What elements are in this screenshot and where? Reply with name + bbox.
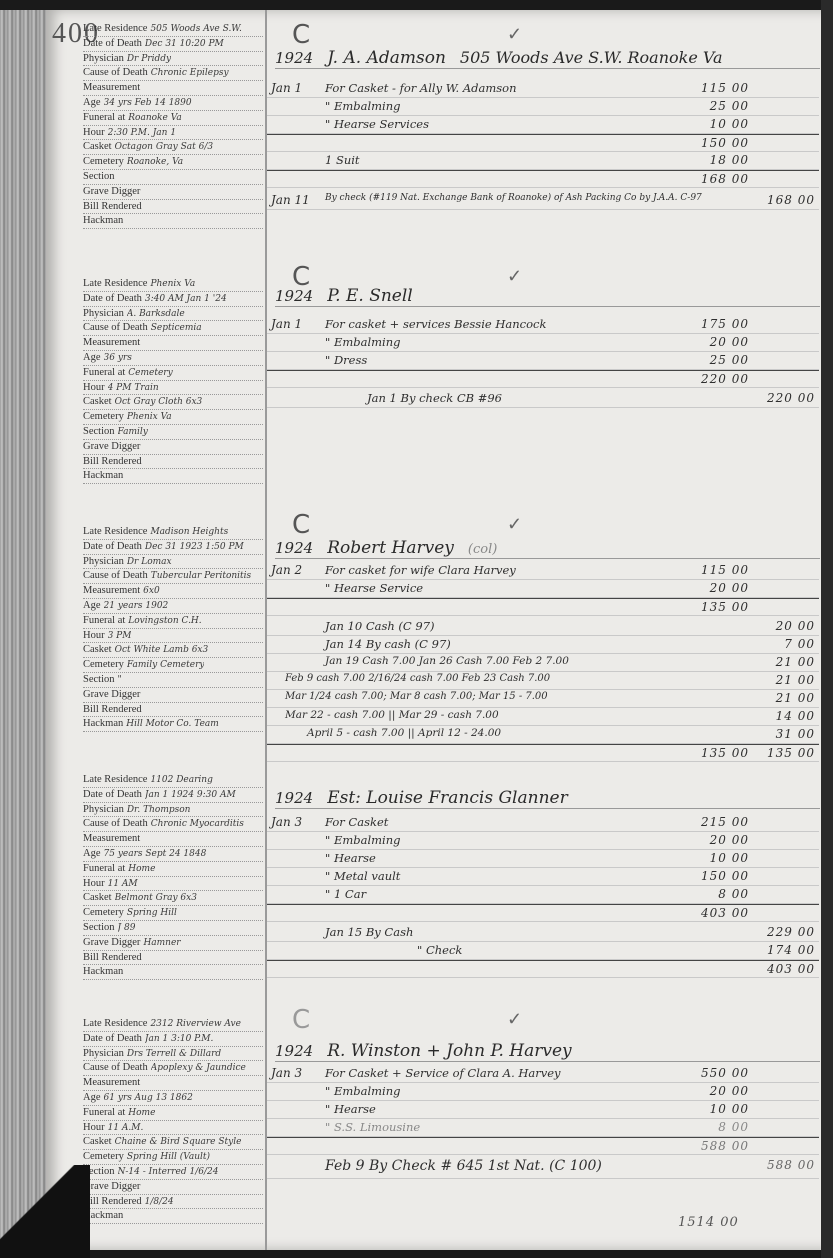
field-age: Age34 yrs Feb 14 1890 [83, 96, 263, 111]
total-row: 135 00 [267, 598, 819, 616]
payment-row: Jan 15 By Cash229 00 [267, 924, 819, 942]
payment-row: Jan 19 Cash 7.00 Jan 26 Cash 7.00 Feb 2 … [267, 654, 819, 672]
field-bill-rendered: Bill Rendered [83, 455, 263, 470]
field-grave-digger: Grave Digger [83, 185, 263, 200]
field-late-residence: Late Residence505 Woods Ave S.W. [83, 22, 263, 37]
field-casket: CasketOctagon Gray Sat 6/3 [83, 140, 263, 155]
ledger-entry-2: C ✓ 1924 P. E. Snell Jan 1For casket + s… [267, 262, 819, 412]
entry-year: 1924 [275, 789, 313, 807]
field-casket: CasketBelmont Gray 6x3 [83, 891, 263, 906]
field-cemetery: CemeteryRoanoke, Va [83, 155, 263, 170]
line-item: Jan 2For casket for wife Clara Harvey115… [267, 562, 819, 580]
entry-year: 1924 [275, 287, 313, 305]
entry-address: 505 Woods Ave S.W. Roanoke Va [460, 48, 723, 67]
line-item: " Dress25 00 [267, 352, 819, 370]
field-late-residence: Late Residence1102 Dearing [83, 773, 263, 788]
record-fields-2: Late ResidencePhenix Va Date of Death3:4… [83, 277, 263, 484]
field-hour: Hour4 PM Train [83, 381, 263, 396]
field-cause-of-death: Cause of DeathSepticemia [83, 321, 263, 336]
field-physician: PhysicianDrs Terrell & Dillard [83, 1047, 263, 1062]
entry-header: 1924 Robert Harvey (col) [275, 538, 820, 559]
payment-row: April 5 - cash 7.00 || April 12 - 24.003… [267, 726, 819, 744]
field-casket: CasketOct White Lamb 6x3 [83, 643, 263, 658]
field-measurement: Measurement [83, 336, 263, 351]
payment-row: " Check174 00 [267, 942, 819, 960]
field-casket: CasketChaine & Bird Square Style [83, 1135, 263, 1150]
entry-name: Est: Louise Francis Glanner [327, 788, 568, 808]
total-row: 168 00 [267, 170, 819, 188]
field-hour: Hour11 AM [83, 877, 263, 892]
field-age: Age75 years Sept 24 1848 [83, 847, 263, 862]
line-item: " Embalming25 00 [267, 98, 819, 116]
field-bill-rendered: Bill Rendered [83, 200, 263, 215]
field-funeral-at: Funeral atHome [83, 1106, 263, 1121]
total-row: 135 00135 00 [267, 744, 819, 762]
field-hackman: Hackman [83, 1209, 263, 1224]
entry-header: 1924 Est: Louise Francis Glanner [275, 788, 820, 809]
line-item: " Hearse10 00 [267, 850, 819, 868]
payment-row: Jan 10 Cash (C 97)20 00 [267, 618, 819, 636]
line-item: " 1 Car8 00 [267, 886, 819, 904]
checkmark-icon: ✓ [507, 24, 522, 45]
field-cemetery: CemeteryPhenix Va [83, 410, 263, 425]
line-item: Jan 1For casket + services Bessie Hancoc… [267, 316, 819, 334]
field-bill-rendered: Bill Rendered [83, 703, 263, 718]
entry-mark: C [292, 1005, 310, 1035]
field-funeral-at: Funeral atRoanoke Va [83, 111, 263, 126]
ledger-entry-4: 1924 Est: Louise Francis Glanner Jan 3Fo… [267, 780, 819, 980]
field-hour: Hour3 PM [83, 629, 263, 644]
field-hackman: Hackman [83, 214, 263, 229]
line-item: " Embalming20 00 [267, 1083, 819, 1101]
payment-row: Feb 9 cash 7.00 2/16/24 cash 7.00 Feb 23… [267, 672, 819, 690]
field-date-of-death: Date of DeathJan 1 3:10 P.M. [83, 1032, 263, 1047]
field-date-of-death: Date of DeathDec 31 10:20 PM [83, 37, 263, 52]
field-age: Age61 yrs Aug 13 1862 [83, 1091, 263, 1106]
line-item: " S.S. Limousine8 00 [267, 1119, 819, 1137]
field-cemetery: CemeterySpring Hill (Vault) [83, 1150, 263, 1165]
field-physician: PhysicianDr. Thompson [83, 803, 263, 818]
field-hackman: Hackman [83, 469, 263, 484]
field-cause-of-death: Cause of DeathChronic Myocarditis [83, 817, 263, 832]
field-grave-digger: Grave Digger [83, 440, 263, 455]
field-grave-digger: Grave DiggerHamner [83, 936, 263, 951]
line-item: " Embalming20 00 [267, 832, 819, 850]
ledger-entry-3: C ✓ 1924 Robert Harvey (col) Jan 2For ca… [267, 510, 819, 760]
field-age: Age21 years 1902 [83, 599, 263, 614]
field-section: Section" [83, 673, 263, 688]
field-cemetery: CemeterySpring Hill [83, 906, 263, 921]
book-corner [0, 1165, 90, 1258]
payment-row: Feb 9 By Check # 645 1st Nat. (C 100)588… [267, 1157, 819, 1179]
ledger-entry-5: C ✓ 1924 R. Winston + John P. Harvey Jan… [267, 1005, 819, 1205]
entry-mark: C [292, 20, 310, 50]
field-late-residence: Late ResidenceMadison Heights [83, 525, 263, 540]
field-date-of-death: Date of DeathDec 31 1923 1:50 PM [83, 540, 263, 555]
entry-name: J. A. Adamson [327, 48, 446, 68]
field-physician: PhysicianDr Priddy [83, 52, 263, 67]
payment-row: Mar 22 - cash 7.00 || Mar 29 - cash 7.00… [267, 708, 819, 726]
checkmark-icon: ✓ [507, 266, 522, 287]
field-hackman: Hackman [83, 965, 263, 980]
field-measurement: Measurement [83, 1076, 263, 1091]
record-fields-3: Late ResidenceMadison Heights Date of De… [83, 525, 263, 732]
record-fields-4: Late Residence1102 Dearing Date of Death… [83, 773, 263, 980]
field-physician: PhysicianDr Lomax [83, 555, 263, 570]
field-age: Age36 yrs [83, 351, 263, 366]
checkmark-icon: ✓ [507, 1009, 522, 1030]
field-section: SectionJ 89 [83, 921, 263, 936]
entry-name: Robert Harvey [327, 538, 454, 558]
field-cause-of-death: Cause of DeathTubercular Peritonitis [83, 569, 263, 584]
field-cause-of-death: Cause of DeathChronic Epilepsy [83, 66, 263, 81]
field-late-residence: Late Residence2312 Riverview Ave [83, 1017, 263, 1032]
field-hour: Hour2:30 P.M. Jan 1 [83, 126, 263, 141]
book-binding-edge [821, 0, 833, 1258]
line-item: " Hearse Services10 00 [267, 116, 819, 134]
payment-row: Jan 14 By cash (C 97)7 00 [267, 636, 819, 654]
field-funeral-at: Funeral atHome [83, 862, 263, 877]
total-row: 588 00 [267, 1137, 819, 1155]
field-measurement: Measurement [83, 832, 263, 847]
field-cemetery: CemeteryFamily Cemetery [83, 658, 263, 673]
field-grave-digger: Grave Digger [83, 1180, 263, 1195]
field-physician: PhysicianA. Barksdale [83, 307, 263, 322]
field-section: SectionFamily [83, 425, 263, 440]
field-bill-rendered: Bill Rendered [83, 951, 263, 966]
entry-name: P. E. Snell [327, 286, 413, 306]
entry-name: R. Winston + John P. Harvey [327, 1041, 571, 1061]
total-row: 220 00 [267, 370, 819, 388]
subtotal-row: 150 00 [267, 134, 819, 152]
entry-note: (col) [468, 542, 497, 557]
entry-year: 1924 [275, 539, 313, 557]
entry-header: 1924 R. Winston + John P. Harvey [275, 1041, 820, 1062]
field-late-residence: Late ResidencePhenix Va [83, 277, 263, 292]
field-date-of-death: Date of DeathJan 1 1924 9:30 AM [83, 788, 263, 803]
field-measurement: Measurement [83, 81, 263, 96]
entry-header: 1924 P. E. Snell [275, 286, 820, 307]
field-section: Section [83, 170, 263, 185]
page-grand-total: 1514 00 [678, 1215, 739, 1230]
field-funeral-at: Funeral atCemetery [83, 366, 263, 381]
total-row: 403 00 [267, 960, 819, 978]
entry-header: 1924 J. A. Adamson 505 Woods Ave S.W. Ro… [275, 48, 820, 69]
line-item: " Hearse10 00 [267, 1101, 819, 1119]
ledger-entry-1: C ✓ 1924 J. A. Adamson 505 Woods Ave S.W… [267, 20, 819, 220]
field-bill-rendered: Bill Rendered1/8/24 [83, 1195, 263, 1210]
record-fields-1: Late Residence505 Woods Ave S.W. Date of… [83, 22, 263, 229]
total-row: 403 00 [267, 904, 819, 922]
line-item: " Hearse Service20 00 [267, 580, 819, 598]
entry-year: 1924 [275, 49, 313, 67]
payment-row: Mar 1/24 cash 7.00; Mar 8 cash 7.00; Mar… [267, 690, 819, 708]
line-item: " Metal vault150 00 [267, 868, 819, 886]
payment-row: Jan 11By check (#119 Nat. Exchange Bank … [267, 192, 819, 210]
field-hour: Hour11 A.M. [83, 1121, 263, 1136]
field-casket: CasketOct Gray Cloth 6x3 [83, 395, 263, 410]
field-funeral-at: Funeral atLovingston C.H. [83, 614, 263, 629]
field-date-of-death: Date of Death3:40 AM Jan 1 '24 [83, 292, 263, 307]
field-hackman: HackmanHill Motor Co. Team [83, 717, 263, 732]
payment-row: Jan 1 By check CB #96220 00 [267, 390, 819, 408]
field-section: SectionN-14 - Interred 1/6/24 [83, 1165, 263, 1180]
book-page-edges [0, 10, 48, 1258]
line-item: Jan 1For Casket - for Ally W. Adamson115… [267, 80, 819, 98]
field-cause-of-death: Cause of DeathApoplexy & Jaundice [83, 1061, 263, 1076]
entry-mark: C [292, 510, 310, 540]
line-item: " Embalming20 00 [267, 334, 819, 352]
line-item: Jan 3For Casket215 00 [267, 814, 819, 832]
field-measurement: Measurement6x0 [83, 584, 263, 599]
checkmark-icon: ✓ [507, 514, 522, 535]
record-fields-5: Late Residence2312 Riverview Ave Date of… [83, 1017, 263, 1224]
field-grave-digger: Grave Digger [83, 688, 263, 703]
line-item: Jan 3For Casket + Service of Clara A. Ha… [267, 1065, 819, 1083]
entry-year: 1924 [275, 1042, 313, 1060]
line-item: 1 Suit18 00 [267, 152, 819, 170]
